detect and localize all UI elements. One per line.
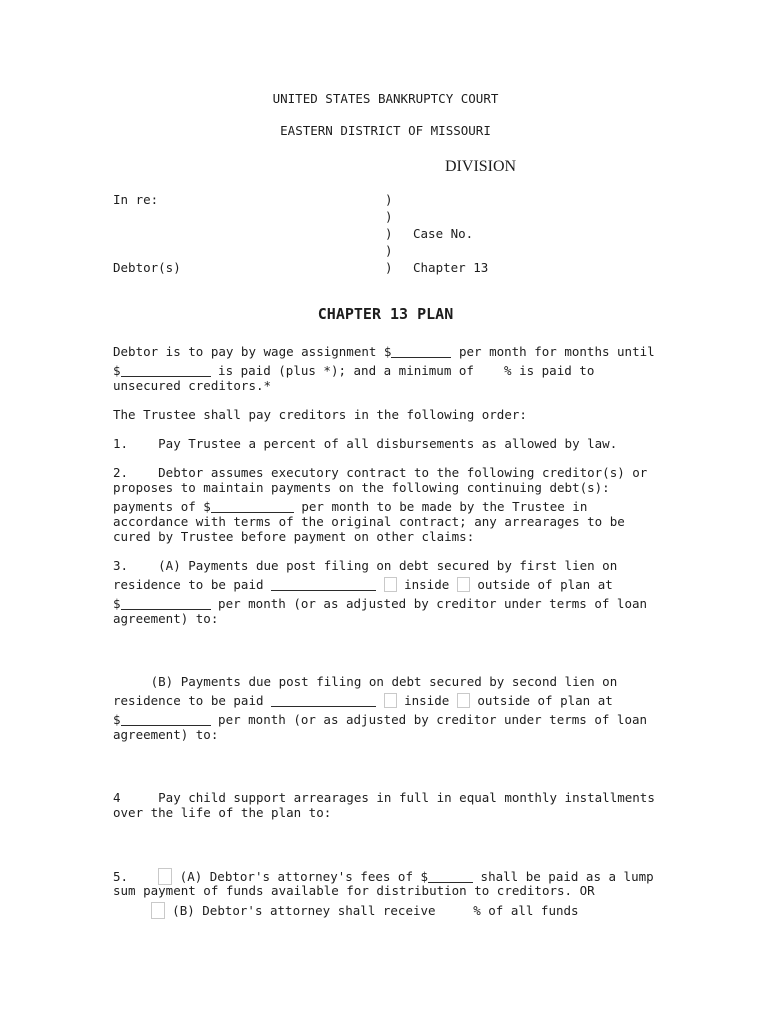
caption-left-text: In re:	[113, 191, 385, 208]
caption-left-text	[113, 242, 385, 259]
line-text: unsecured creditors.*	[113, 378, 271, 393]
text-line: 3. (A) Payments due post filing on debt …	[113, 558, 658, 573]
line-text: inside	[397, 577, 457, 592]
line-text: sum payment of funds available for distr…	[113, 883, 595, 898]
blank-field[interactable]	[428, 870, 473, 883]
line-text: 5.	[113, 869, 158, 884]
paragraph: 3. (A) Payments due post filing on debt …	[113, 558, 658, 626]
line-text: outside of plan at	[470, 577, 613, 592]
text-line: unsecured creditors.*	[113, 378, 658, 393]
line-text: $	[113, 712, 121, 727]
caption-row: )Case No.	[113, 225, 658, 242]
text-line: Debtor is to pay by wage assignment $ pe…	[113, 344, 658, 359]
caption-right-text	[413, 208, 658, 225]
text-line: 5. (A) Debtor's attorney's fees of $ sha…	[113, 868, 658, 883]
text-line: The Trustee shall pay creditors in the f…	[113, 407, 658, 422]
line-text: payments of $	[113, 499, 211, 514]
plan-body: Debtor is to pay by wage assignment $ pe…	[113, 344, 658, 917]
line-text: 1. Pay Trustee a percent of all disburse…	[113, 436, 617, 451]
caption-left-text: Debtor(s)	[113, 259, 385, 276]
paragraph: 4 Pay child support arrearages in full i…	[113, 790, 658, 820]
caption-right-text: Chapter 13	[413, 259, 658, 276]
checkbox[interactable]	[384, 577, 397, 592]
blank-field[interactable]	[121, 713, 211, 726]
blank-field[interactable]	[121, 364, 211, 377]
line-text: per month (or as adjusted by creditor un…	[211, 596, 648, 611]
text-line: proposes to maintain payments on the fol…	[113, 480, 658, 495]
line-text: cured by Trustee before payment on other…	[113, 529, 474, 544]
text-line: 1. Pay Trustee a percent of all disburse…	[113, 436, 658, 451]
paragraph: 1. Pay Trustee a percent of all disburse…	[113, 436, 658, 451]
court-title: UNITED STATES BANKRUPTCY COURT	[113, 91, 658, 106]
line-text: (A) Debtor's attorney's fees of $	[172, 869, 428, 884]
line-text	[113, 903, 151, 918]
caption-right-text: Case No.	[413, 225, 658, 242]
line-text: agreement) to:	[113, 727, 218, 742]
blank-field[interactable]	[271, 694, 376, 707]
document-page: UNITED STATES BANKRUPTCY COURT EASTERN D…	[0, 0, 770, 1024]
text-line: (B) Debtor's attorney shall receive % of…	[113, 902, 658, 917]
text-line: residence to be paid inside outside of p…	[113, 693, 658, 708]
text-line: agreement) to:	[113, 727, 658, 742]
caption-right-text	[413, 242, 658, 259]
line-text	[376, 577, 384, 592]
line-text: 4 Pay child support arrearages in full i…	[113, 790, 655, 805]
plan-title: CHAPTER 13 PLAN	[113, 305, 658, 323]
line-text: proposes to maintain payments on the fol…	[113, 480, 610, 495]
caption-paren: )	[385, 191, 413, 208]
line-text: outside of plan at	[470, 693, 613, 708]
text-line: sum payment of funds available for distr…	[113, 883, 658, 898]
text-line: over the life of the plan to:	[113, 805, 658, 820]
line-text: per month for months until	[451, 344, 654, 359]
text-line: accordance with terms of the original co…	[113, 514, 658, 529]
caption-row: )	[113, 208, 658, 225]
district-title: EASTERN DISTRICT OF MISSOURI	[113, 123, 658, 138]
caption-paren: )	[385, 208, 413, 225]
line-text: is paid (plus *); and a minimum of % is …	[211, 363, 595, 378]
checkbox[interactable]	[457, 693, 470, 708]
line-text: per month (or as adjusted by creditor un…	[211, 712, 648, 727]
paragraph: 5. (A) Debtor's attorney's fees of $ sha…	[113, 868, 658, 917]
blank-field[interactable]	[211, 500, 294, 513]
caption-row: Debtor(s))Chapter 13	[113, 259, 658, 276]
text-line: agreement) to:	[113, 611, 658, 626]
division-label: DIVISION	[445, 157, 658, 176]
line-text: per month to be made by the Trustee in	[294, 499, 588, 514]
line-text	[376, 693, 384, 708]
checkbox[interactable]	[151, 902, 165, 919]
caption-left-text	[113, 225, 385, 242]
line-text: 3. (A) Payments due post filing on debt …	[113, 558, 617, 573]
caption-right-text	[413, 191, 658, 208]
checkbox[interactable]	[457, 577, 470, 592]
line-text: agreement) to:	[113, 611, 218, 626]
text-line: 4 Pay child support arrearages in full i…	[113, 790, 658, 805]
paragraph: 2. Debtor assumes executory contract to …	[113, 465, 658, 544]
checkbox[interactable]	[384, 693, 397, 708]
paragraph: (B) Payments due post filing on debt sec…	[113, 674, 658, 742]
caption-row: )	[113, 242, 658, 259]
line-text: residence to be paid	[113, 577, 271, 592]
text-line: $ is paid (plus *); and a minimum of % i…	[113, 363, 658, 378]
line-text: over the life of the plan to:	[113, 805, 331, 820]
document-content: UNITED STATES BANKRUPTCY COURT EASTERN D…	[113, 91, 658, 917]
line-text: (B) Debtor's attorney shall receive % of…	[165, 903, 579, 918]
line-text: inside	[397, 693, 457, 708]
blank-field[interactable]	[121, 597, 211, 610]
line-text: $	[113, 596, 121, 611]
line-text: 2. Debtor assumes executory contract to …	[113, 465, 647, 480]
case-caption: In re:)))Case No.)Debtor(s))Chapter 13	[113, 191, 658, 276]
line-text: (B) Payments due post filing on debt sec…	[113, 674, 617, 689]
line-text: residence to be paid	[113, 693, 271, 708]
blank-field[interactable]	[391, 345, 451, 358]
paragraph: The Trustee shall pay creditors in the f…	[113, 407, 658, 422]
text-line: payments of $ per month to be made by th…	[113, 499, 658, 514]
caption-paren: )	[385, 259, 413, 276]
text-line: cured by Trustee before payment on other…	[113, 529, 658, 544]
line-text: accordance with terms of the original co…	[113, 514, 625, 529]
line-text: $	[113, 363, 121, 378]
text-line: residence to be paid inside outside of p…	[113, 577, 658, 592]
paragraph: Debtor is to pay by wage assignment $ pe…	[113, 344, 658, 393]
caption-paren: )	[385, 225, 413, 242]
text-line: (B) Payments due post filing on debt sec…	[113, 674, 658, 689]
blank-field[interactable]	[271, 578, 376, 591]
line-text: Debtor is to pay by wage assignment $	[113, 344, 391, 359]
text-line: 2. Debtor assumes executory contract to …	[113, 465, 658, 480]
text-line: $ per month (or as adjusted by creditor …	[113, 712, 658, 727]
caption-row: In re:)	[113, 191, 658, 208]
caption-paren: )	[385, 242, 413, 259]
line-text: The Trustee shall pay creditors in the f…	[113, 407, 527, 422]
caption-left-text	[113, 208, 385, 225]
text-line: $ per month (or as adjusted by creditor …	[113, 596, 658, 611]
line-text: shall be paid as a lump	[473, 869, 654, 884]
